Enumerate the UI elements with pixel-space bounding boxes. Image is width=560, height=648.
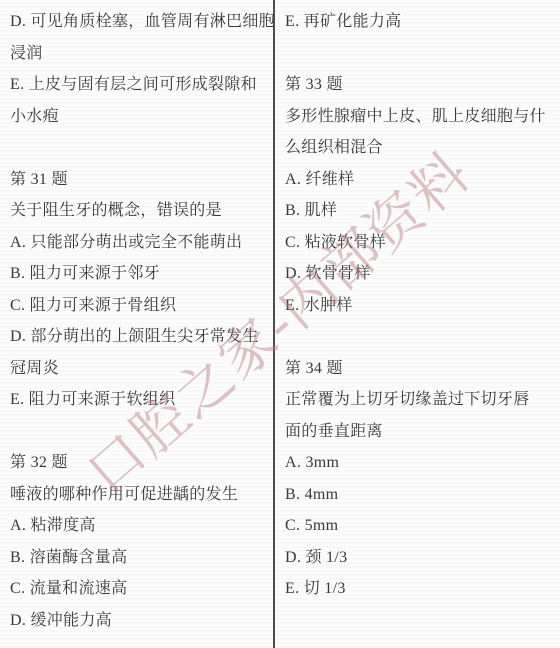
- option-line: B. 4mm: [285, 479, 555, 511]
- left-question-column: D. 可见角质栓塞，血管周有淋巴细胞 浸润 E. 上皮与固有层之间可形成裂隙和 …: [10, 0, 272, 636]
- question-31-heading: 第 31 题: [10, 164, 272, 196]
- option-line: C. 5mm: [285, 510, 555, 542]
- option-line-wrap: 浸润: [10, 38, 272, 70]
- option-line: D. 软骨骨样: [285, 258, 555, 290]
- option-line: A. 粘滞度高: [10, 510, 272, 542]
- option-line: C. 粘液软骨样: [285, 227, 555, 259]
- option-line: E. 阻力可来源于软组织: [10, 384, 272, 416]
- column-divider-rule: [273, 0, 275, 648]
- question-34-stem: 正常覆为上切牙切缘盖过下切牙唇: [285, 384, 555, 416]
- blank-line: [10, 416, 272, 448]
- option-line: D. 颈 1/3: [285, 542, 555, 574]
- question-33-stem: 多形性腺瘤中上皮、肌上皮细胞与什: [285, 101, 555, 133]
- question-32-heading: 第 32 题: [10, 447, 272, 479]
- question-34-heading: 第 34 题: [285, 353, 555, 385]
- option-line: B. 溶菌酶含量高: [10, 542, 272, 574]
- question-31-stem: 关于阻生牙的概念，错误的是: [10, 195, 272, 227]
- option-line: D. 部分萌出的上颌阻生尖牙常发生: [10, 321, 272, 353]
- option-line: C. 流量和流速高: [10, 573, 272, 605]
- right-question-column: E. 再矿化能力高 第 33 题 多形性腺瘤中上皮、肌上皮细胞与什 么组织相混合…: [285, 0, 555, 605]
- option-line: A. 纤维样: [285, 164, 555, 196]
- question-33-heading: 第 33 题: [285, 69, 555, 101]
- option-line: A. 3mm: [285, 447, 555, 479]
- option-line-wrap: 冠周炎: [10, 353, 272, 385]
- option-line: D. 缓冲能力高: [10, 605, 272, 637]
- option-line: C. 阻力可来源于骨组织: [10, 290, 272, 322]
- option-line: E. 上皮与固有层之间可形成裂隙和: [10, 69, 272, 101]
- question-33-stem-wrap: 么组织相混合: [285, 132, 555, 164]
- blank-line: [285, 38, 555, 70]
- blank-line: [10, 132, 272, 164]
- question-34-stem-wrap: 面的垂直距离: [285, 416, 555, 448]
- question-32-stem: 唾液的哪种作用可促进龋的发生: [10, 479, 272, 511]
- option-line: A. 只能部分萌出或完全不能萌出: [10, 227, 272, 259]
- option-line: B. 阻力可来源于邻牙: [10, 258, 272, 290]
- blank-line: [285, 321, 555, 353]
- option-line-continued: E. 再矿化能力高: [285, 6, 555, 38]
- option-line: B. 肌样: [285, 195, 555, 227]
- exam-question-page: 口腔之家-内部资料 D. 可见角质栓塞，血管周有淋巴细胞 浸润 E. 上皮与固有…: [0, 0, 560, 648]
- option-line-wrap: 小水疱: [10, 101, 272, 133]
- option-line: E. 水肿样: [285, 290, 555, 322]
- option-line: E. 切 1/3: [285, 573, 555, 605]
- option-line-continued: D. 可见角质栓塞，血管周有淋巴细胞: [10, 6, 272, 38]
